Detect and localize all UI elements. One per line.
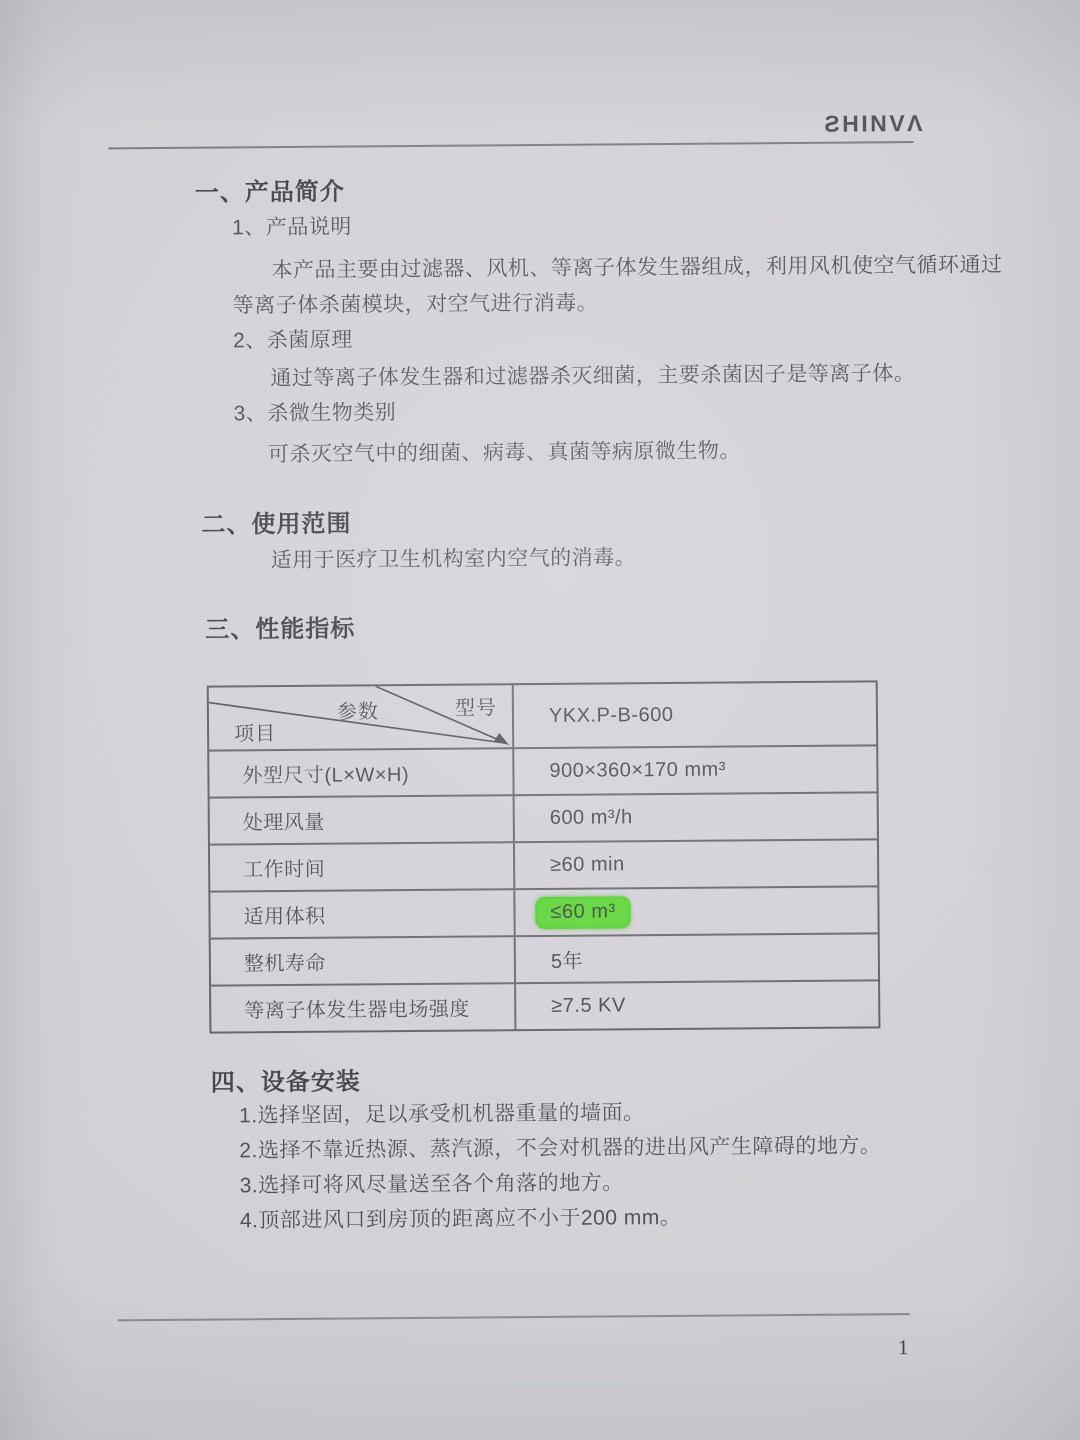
table-row: 处理风量 600 m³/h <box>210 791 877 843</box>
table-row: 外型尺寸(L×W×H) 900×360×170 mm³ <box>209 744 876 796</box>
intro-item-2-line-1: 通过等离子体发生器和过滤器杀灭细菌，主要杀菌因子是等离子体。 <box>270 357 915 392</box>
table-row: 等离子体发生器电场强度 ≥7.5 KV <box>211 979 878 1031</box>
intro-item-2-heading: 2、杀菌原理 <box>233 323 353 354</box>
corner-label-item: 项目 <box>234 717 276 746</box>
intro-item-1-line-1: 本产品主要由过滤器、风机、等离子体发生器组成，利用风机使空气循环通过 <box>271 248 1002 284</box>
table-header-row: 参数 型号 项目 YKX.P-B-600 <box>209 682 876 749</box>
table-row: 工作时间 ≥60 min <box>210 838 877 890</box>
row-value: 900×360×170 mm³ <box>514 746 876 794</box>
green-highlight: ≤60 m³ <box>535 896 630 929</box>
performance-table: 参数 型号 项目 YKX.P-B-600 外型尺寸(L×W×H) 900×360… <box>207 680 881 1033</box>
header-rule <box>108 141 913 149</box>
table-row: 整机寿命 5年 <box>211 932 878 984</box>
corner-label-param: 参数 <box>337 695 379 724</box>
intro-item-1-heading: 1、产品说明 <box>232 210 352 241</box>
page-number: 1 <box>898 1335 909 1360</box>
row-label: 适用体积 <box>210 890 515 937</box>
installation-item-2: 2.选择不靠近热源、蒸汽源，不会对机器的进出风产生障碍的地方。 <box>239 1129 881 1164</box>
row-value: ≤60 m³ <box>515 887 877 935</box>
row-label: 等离子体发生器电场强度 <box>211 984 516 1031</box>
row-value: 5年 <box>516 934 878 982</box>
row-value: ≥60 min <box>515 840 877 888</box>
section-title-performance: 三、性能指标 <box>205 608 355 644</box>
installation-item-1: 1.选择坚固，足以承受机机器重量的墙面。 <box>239 1096 645 1129</box>
footer-rule <box>118 1313 910 1321</box>
installation-item-3: 3.选择可将风尽量送至各个角落的地方。 <box>240 1166 624 1199</box>
row-label: 整机寿命 <box>211 937 516 984</box>
model-value-cell: YKX.P-B-600 <box>514 682 876 747</box>
table-corner-cell: 参数 型号 项目 <box>209 685 514 749</box>
corner-label-model: 型号 <box>455 691 497 720</box>
intro-item-3-heading: 3、杀微生物类别 <box>233 396 396 427</box>
row-label: 工作时间 <box>210 843 515 890</box>
row-value: ≥7.5 KV <box>516 981 878 1029</box>
intro-item-3-line-1: 可杀灭空气中的细菌、病毒、真菌等病原微生物。 <box>268 434 741 468</box>
row-label: 外型尺寸(L×W×H) <box>209 749 514 796</box>
row-label: 处理风量 <box>210 796 515 843</box>
document-page: ƧHINVΛ 一、产品简介 1、产品说明 本产品主要由过滤器、风机、等离子体发生… <box>0 0 1080 1440</box>
table-row: 适用体积 ≤60 m³ <box>210 885 877 937</box>
section-title-installation: 四、设备安装 <box>211 1061 361 1097</box>
intro-item-1-line-2: 等离子体杀菌模块，对空气进行消毒。 <box>233 287 599 320</box>
shinva-logo: ƧHINVΛ <box>824 110 925 138</box>
section-title-scope: 二、使用范围 <box>201 503 351 539</box>
section-title-intro: 一、产品简介 <box>195 172 345 208</box>
row-value: 600 m³/h <box>515 793 877 841</box>
scope-body: 适用于医疗卫生机构室内空气的消毒。 <box>271 541 637 574</box>
installation-item-4: 4.顶部进风口到房顶的距离应不小于200 mm。 <box>240 1201 682 1234</box>
